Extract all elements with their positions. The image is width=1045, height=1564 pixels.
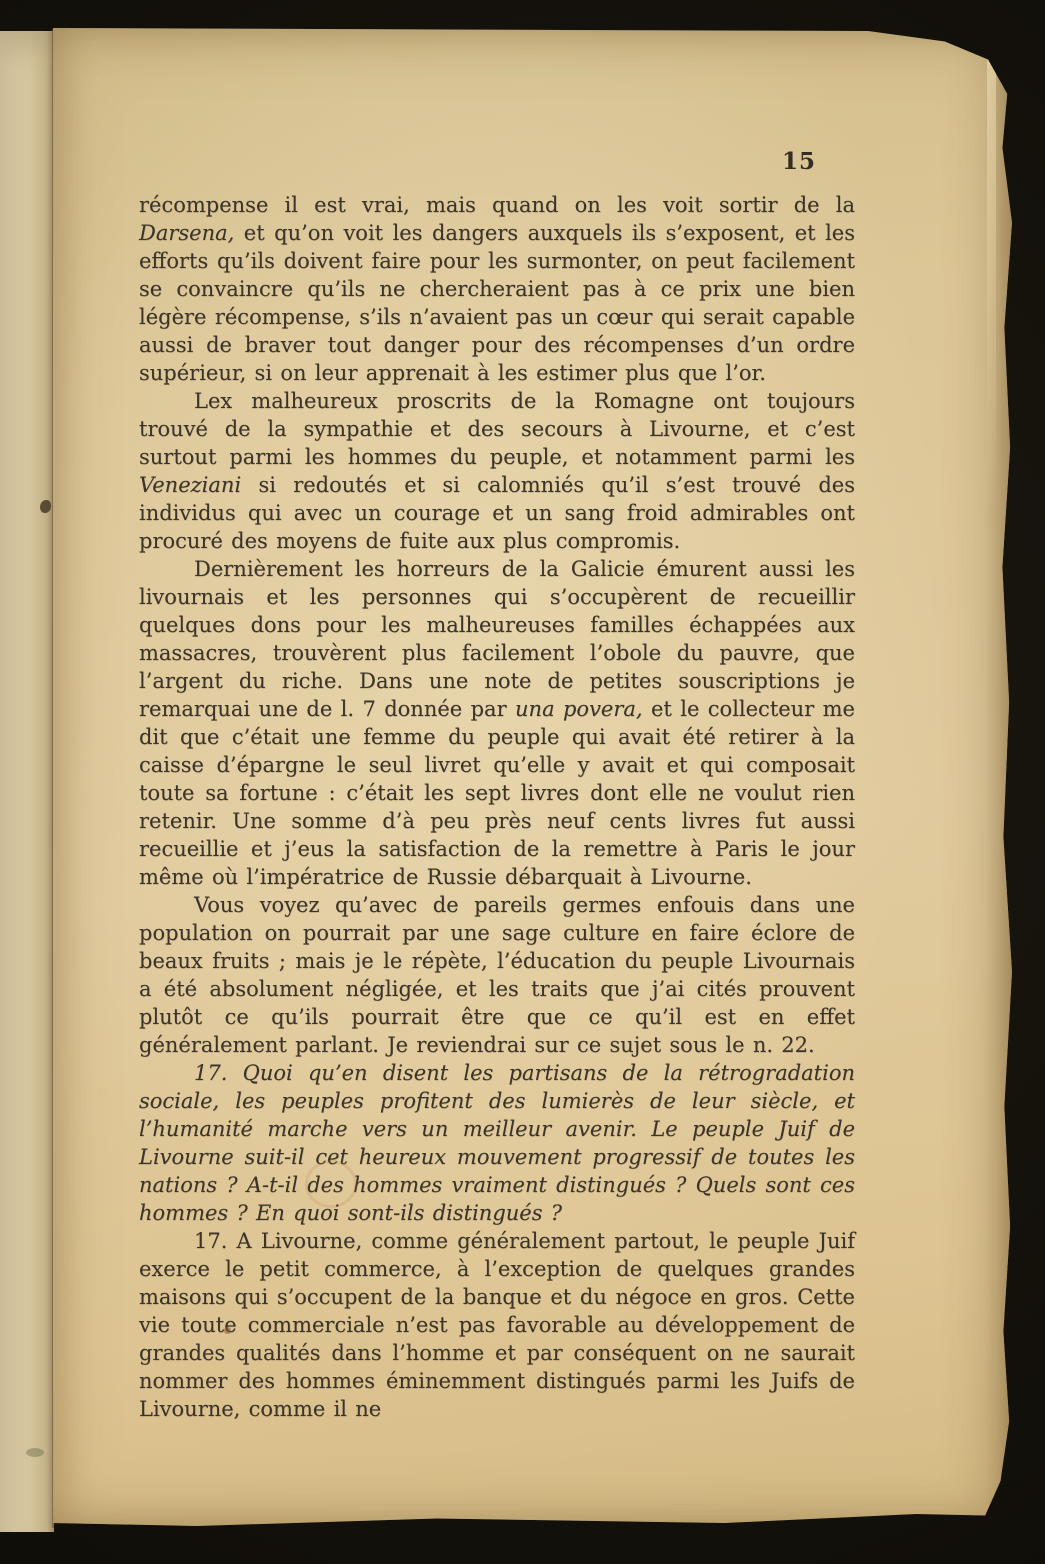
scanned-book-page-photo: 15 récompense il est vrai, mais quand on… (0, 0, 1045, 1564)
paragraph-4: Vous voyez qu’avec de pareils germes enf… (139, 891, 855, 1059)
text-segment: si redoutés et si calomniés qu’il s’est … (139, 473, 855, 553)
text-segment: et le collecteur me dit que c’était une … (139, 697, 855, 889)
page-edge-highlight (987, 58, 996, 507)
text-segment: Vous voyez qu’avec de pareils germes enf… (139, 893, 855, 1057)
text-segment: Lex malheureux proscrits de la Romagne o… (139, 389, 855, 469)
text-segment: 17. A Livourne, comme généralement parto… (139, 1229, 855, 1421)
paragraph-3: Dernièrement les horreurs de la Galicie … (139, 555, 855, 891)
paragraph-6-answer: 17. A Livourne, comme généralement parto… (139, 1227, 855, 1423)
italic-text-segment: Darsena, (139, 221, 234, 245)
italic-text-segment: 17. Quoi qu’en disent les partisans de l… (139, 1061, 855, 1225)
book-page: 15 récompense il est vrai, mais quand on… (53, 28, 1012, 1526)
paragraph-1: récompense il est vrai, mais quand on le… (139, 191, 855, 387)
paper-speck (224, 1327, 231, 1334)
text-segment: récompense il est vrai, mais quand on le… (139, 193, 855, 217)
italic-text-segment: una povera, (515, 697, 643, 721)
page-text-block: récompense il est vrai, mais quand on le… (139, 191, 855, 1423)
paper-smudge (26, 1448, 44, 1457)
text-segment: et qu’on voit les dangers auxquels ils s… (139, 221, 855, 385)
faint-stain-ring (305, 1160, 357, 1208)
page-number: 15 (779, 148, 819, 175)
paragraph-5-question-italic: 17. Quoi qu’en disent les partisans de l… (139, 1059, 855, 1227)
italic-text-segment: Veneziani (139, 473, 241, 497)
gutter-fold (0, 31, 54, 1532)
paragraph-2: Lex malheureux proscrits de la Romagne o… (139, 387, 855, 555)
